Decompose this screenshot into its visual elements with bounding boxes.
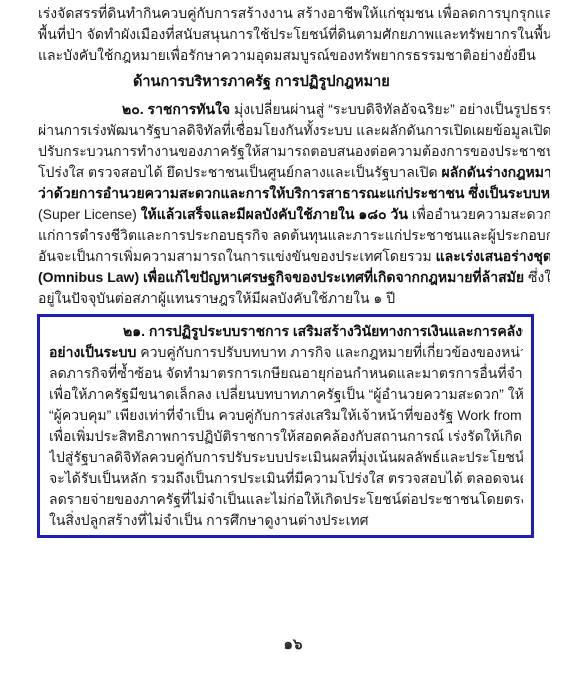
text-line: จะได้รับเป็นหลัก รวมถึงเป็นการประเมินที่… [49, 468, 523, 489]
highlight-box: ๒๑. การปฏิรูประบบราชการ เสริมสร้างวินัยท… [37, 314, 534, 538]
paragraph-20: ๒๐. ราชการทันใจ มุ่งเปลี่ยนผ่านสู่ “ระบบ… [38, 99, 550, 309]
text-line: อันจะเป็นการเพิ่มความสามารถในการแข่งขันข… [38, 246, 550, 267]
text-line: ผ่านการเร่งพัฒนารัฐบาลดิจิทัลที่เชื่อมโย… [38, 120, 550, 141]
paragraph-continuation: เร่งจัดสรรที่ดินทำกินควบคู่กับการสร้างงา… [38, 3, 550, 66]
text-line: เพื่อให้ภาครัฐมีขนาดเล็กลง เปลี่ยนบทบาทภ… [49, 384, 523, 405]
text-line: พื้นที่ป่า จัดทำผังเมืองที่สนับสนุนการใช… [38, 24, 550, 45]
text-run: ลดรายจ่ายของภาครัฐที่ไม่จำเป็นและไม่ก่อใ… [49, 491, 523, 507]
section-heading: ด้านการบริหารภาครัฐ การปฏิรูปกฎหมาย [133, 72, 550, 93]
bold-text-run: อย่างเป็นระบบ [49, 344, 136, 360]
text-line: ว่าด้วยการอำนวยความสะดวกและการให้บริการส… [38, 183, 550, 204]
bold-text-run: ๒๐. ราชการทันใจ [122, 101, 230, 117]
text-run: แก่การดำรงชีวิตและการประกอบธุรกิจ ลดต้นท… [38, 227, 550, 243]
text-line: ไปสู่รัฐบาลดิจิทัลควบคู่กับการปรับระบบปร… [49, 447, 523, 468]
bold-text-run: ว่าด้วยการอำนวยความสะดวกและการให้บริการส… [38, 185, 550, 201]
text-run: เพื่ออำนวยความสะดวก [408, 206, 550, 222]
bold-text-run: ให้แล้วเสร็จและมีผลบังคับใช้ภายใน ๑๘๐ วั… [141, 206, 408, 222]
text-run: อันจะเป็นการเพิ่มความสามารถในการแข่งขันข… [38, 248, 436, 264]
text-line: ในสิ่งปลูกสร้างที่ไม่จำเป็น การศึกษาดูงา… [49, 510, 523, 531]
text-run: ปรับกระบวนการทำงานของภาครัฐให้สามารถตอบส… [38, 143, 550, 159]
text-line: โปร่งใส ตรวจสอบได้ ยึดประชาชนเป็นศูนย์กล… [38, 162, 550, 183]
text-line: และบังคับใช้กฎหมายเพื่อรักษาความอุดมสมบู… [38, 45, 550, 66]
text-run: ในสิ่งปลูกสร้างที่ไม่จำเป็น การศึกษาดูงา… [49, 512, 368, 528]
text-run: “ผู้ควบคุม” เพียงเท่าที่จำเป็น ควบคู่กับ… [49, 407, 523, 423]
text-line: แก่การดำรงชีวิตและการประกอบธุรกิจ ลดต้นท… [38, 225, 550, 246]
text-line: เพื่อเพิ่มประสิทธิภาพการปฏิบัติราชการให้… [49, 426, 523, 447]
text-line: “ผู้ควบคุม” เพียงเท่าที่จำเป็น ควบคู่กับ… [49, 405, 523, 426]
text-run: ซึ่งใช้บังคับ [524, 269, 550, 285]
bold-text-run: (Omnibus Law) เพื่อแก้ไขปัญหาเศรษฐกิจของ… [38, 269, 524, 285]
text-line: ๒๑. การปฏิรูประบบราชการ เสริมสร้างวินัยท… [49, 321, 523, 342]
text-run: ผ่านการเร่งพัฒนารัฐบาลดิจิทัลที่เชื่อมโย… [38, 122, 550, 138]
text-run: เพื่อให้ภาครัฐมีขนาดเล็กลง เปลี่ยนบทบาทภ… [49, 386, 523, 402]
text-line: ลดภารกิจที่ซ้ำซ้อน จัดทำมาตรการเกษียณอาย… [49, 363, 523, 384]
text-run: เร่งจัดสรรที่ดินทำกินควบคู่กับการสร้างงา… [38, 5, 550, 21]
document-page: { "page": { "background": "#ffffff", "nu… [0, 0, 586, 682]
bold-text-run: ๒๑. การปฏิรูประบบราชการ เสริมสร้างวินัยท… [123, 323, 523, 339]
text-run: จะได้รับเป็นหลัก รวมถึงเป็นการประเมินที่… [49, 470, 523, 486]
text-run: ไปสู่รัฐบาลดิจิทัลควบคู่กับการปรับระบบปร… [49, 449, 523, 465]
text-line: ลดรายจ่ายของภาครัฐที่ไม่จำเป็นและไม่ก่อใ… [49, 489, 523, 510]
paragraph-21: ๒๑. การปฏิรูประบบราชการ เสริมสร้างวินัยท… [49, 321, 523, 531]
text-run: และบังคับใช้กฎหมายเพื่อรักษาความอุดมสมบู… [38, 47, 536, 63]
text-run: ควบคู่กับการปรับบทบาท ภารกิจ และกฎหมายที… [136, 344, 523, 360]
text-run: โปร่งใส ตรวจสอบได้ ยึดประชาชนเป็นศูนย์กล… [38, 164, 441, 180]
text-line: ปรับกระบวนการทำงานของภาครัฐให้สามารถตอบส… [38, 141, 550, 162]
text-line: ๒๐. ราชการทันใจ มุ่งเปลี่ยนผ่านสู่ “ระบบ… [38, 99, 550, 120]
bold-text-run: และเร่งเสนอร่างชุดกฎหมาย [436, 248, 550, 264]
text-line: อยู่ในปัจจุบันต่อสภาผู้แทนราษฎรให้มีผลบั… [38, 288, 550, 309]
page-number: ๑๖ [0, 632, 586, 656]
text-run: พื้นที่ป่า จัดทำผังเมืองที่สนับสนุนการใช… [38, 26, 550, 42]
text-run: (Super License) [38, 206, 141, 222]
text-line: อย่างเป็นระบบ ควบคู่กับการปรับบทบาท ภารก… [49, 342, 523, 363]
text-run: เพื่อเพิ่มประสิทธิภาพการปฏิบัติราชการให้… [49, 428, 523, 444]
text-line: (Super License) ให้แล้วเสร็จและมีผลบังคั… [38, 204, 550, 225]
text-run: ลดภารกิจที่ซ้ำซ้อน จัดทำมาตรการเกษียณอาย… [49, 365, 523, 381]
document-body: เร่งจัดสรรที่ดินทำกินควบคู่กับการสร้างงา… [38, 3, 550, 538]
bold-text-run: ผลักดันร่างกฎหมาย [441, 164, 550, 180]
text-run: มุ่งเปลี่ยนผ่านสู่ “ระบบดิจิทัลอัจฉริยะ”… [230, 101, 550, 117]
text-run: อยู่ในปัจจุบันต่อสภาผู้แทนราษฎรให้มีผลบั… [38, 290, 395, 306]
text-line: (Omnibus Law) เพื่อแก้ไขปัญหาเศรษฐกิจของ… [38, 267, 550, 288]
text-line: เร่งจัดสรรที่ดินทำกินควบคู่กับการสร้างงา… [38, 3, 550, 24]
